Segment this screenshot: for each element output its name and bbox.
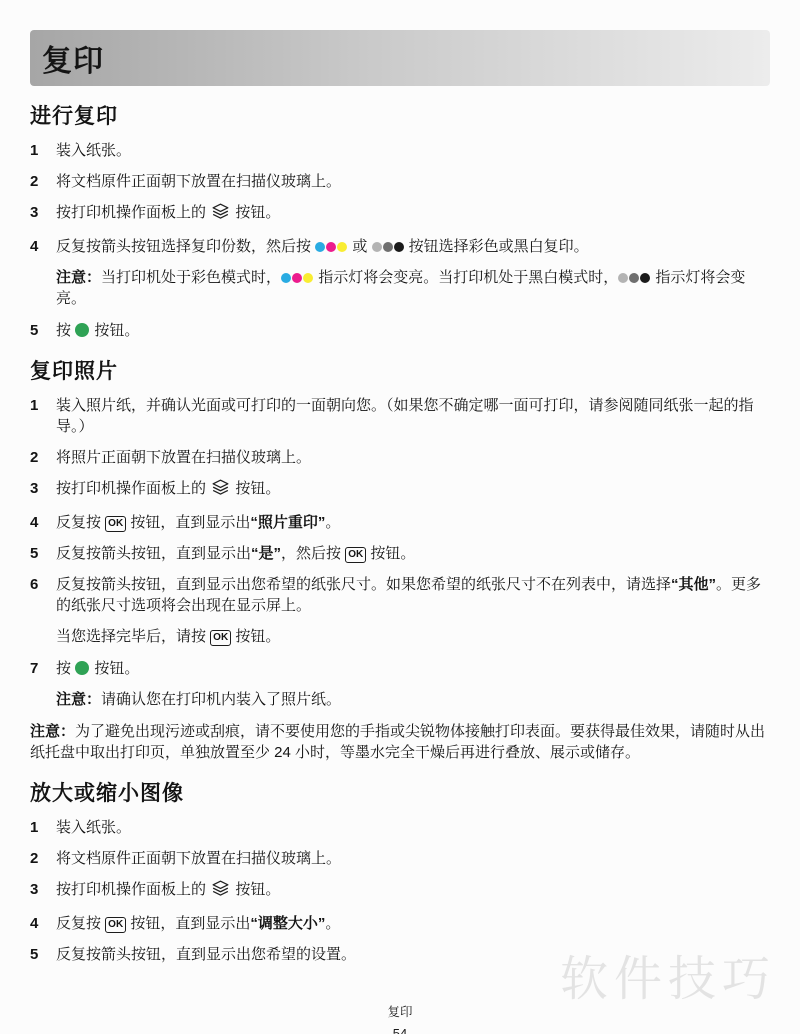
step-item: 7按 按钮。 bbox=[30, 658, 770, 679]
dot-icon bbox=[640, 273, 650, 283]
step-item: 1装入纸张。 bbox=[30, 140, 770, 161]
bold-text-run: 注意： bbox=[56, 691, 101, 708]
step-number: 6 bbox=[30, 574, 56, 616]
bold-text-run: “是” bbox=[251, 545, 281, 562]
step-number: 2 bbox=[30, 171, 56, 192]
dot-icon bbox=[383, 242, 393, 252]
step-text: 反复按箭头按钮，直到显示出您希望的纸张尺寸。如果您希望的纸张尺寸不在列表中，请选… bbox=[56, 574, 770, 616]
color-copy-dots-icon bbox=[315, 238, 348, 255]
step-number: 2 bbox=[30, 848, 56, 869]
step-text: 按 按钮。 bbox=[56, 320, 770, 341]
watermark-text: 软件技巧 bbox=[560, 940, 776, 1009]
step-text: 按打印机操作面板上的 按钮。 bbox=[56, 478, 770, 502]
bw-copy-dots-icon bbox=[618, 269, 651, 286]
color-copy-dots-icon bbox=[281, 269, 314, 286]
step-number: 3 bbox=[30, 202, 56, 226]
text-run: 当打印机处于彩色模式时， bbox=[101, 269, 281, 286]
text-run: 按钮。 bbox=[90, 322, 139, 339]
step-text: 装入纸张。 bbox=[56, 140, 770, 161]
step-number: 4 bbox=[30, 913, 56, 934]
start-button-icon bbox=[75, 322, 90, 339]
text-run: 反复按箭头按钮，直到显示出您希望的设置。 bbox=[56, 946, 356, 963]
text-run: 将文档原件正面朝下放置在扫描仪玻璃上。 bbox=[56, 850, 341, 867]
text-run: 将文档原件正面朝下放置在扫描仪玻璃上。 bbox=[56, 173, 341, 190]
step-item: 5反复按箭头按钮，直到显示出“是”，然后按 OK 按钮。 bbox=[30, 543, 770, 564]
copy-mode-icon bbox=[211, 203, 230, 226]
step-text: 反复按 OK 按钮，直到显示出“照片重印”。 bbox=[56, 512, 770, 533]
step-text: 反复按箭头按钮，直到显示出“是”，然后按 OK 按钮。 bbox=[56, 543, 770, 564]
dot-icon bbox=[618, 273, 628, 283]
text-run: 按钮，直到显示出 bbox=[126, 514, 250, 531]
step-number: 5 bbox=[30, 543, 56, 564]
bold-text-run: 注意： bbox=[56, 269, 101, 286]
text-run: 按钮。 bbox=[231, 480, 280, 497]
step-text: 装入照片纸，并确认光面或可打印的一面朝向您。（如果您不确定哪一面可打印，请参阅随… bbox=[56, 395, 770, 437]
ok-button-icon: OK bbox=[105, 917, 126, 933]
green-dot-icon bbox=[75, 323, 89, 337]
step-number: 5 bbox=[30, 944, 56, 965]
text-run: 按钮。 bbox=[231, 628, 280, 645]
text-run: 。 bbox=[325, 915, 340, 932]
text-run: 将照片正面朝下放置在扫描仪玻璃上。 bbox=[56, 449, 311, 466]
text-run: 反复按箭头按钮，直到显示出 bbox=[56, 545, 251, 562]
step-item: 1装入照片纸，并确认光面或可打印的一面朝向您。（如果您不确定哪一面可打印，请参阅… bbox=[30, 395, 770, 437]
text-run: 反复按箭头按钮，直到显示出您希望的纸张尺寸。如果您希望的纸张尺寸不在列表中，请选… bbox=[56, 576, 671, 593]
ok-button-icon: OK bbox=[345, 547, 366, 563]
dot-icon bbox=[281, 273, 291, 283]
dot-icon bbox=[372, 242, 382, 252]
text-run: 按钮。 bbox=[231, 881, 280, 898]
step-number: 1 bbox=[30, 140, 56, 161]
ok-button-icon: OK bbox=[105, 516, 126, 532]
text-run: 按钮，直到显示出 bbox=[126, 915, 250, 932]
bold-text-run: 注意： bbox=[30, 723, 75, 740]
step-item: 3按打印机操作面板上的 按钮。 bbox=[30, 478, 770, 502]
step-number: 5 bbox=[30, 320, 56, 341]
text-run: 按钮。 bbox=[366, 545, 415, 562]
step-number: 2 bbox=[30, 447, 56, 468]
bold-text-run: “调整大小” bbox=[250, 915, 325, 932]
text-run: 请确认您在打印机内装入了照片纸。 bbox=[101, 691, 341, 708]
step-text: 按 按钮。 bbox=[56, 658, 770, 679]
step-item: 4反复按 OK 按钮，直到显示出“调整大小”。 bbox=[30, 913, 770, 934]
step-item: 4反复按 OK 按钮，直到显示出“照片重印”。 bbox=[30, 512, 770, 533]
text-run: 按钮。 bbox=[90, 660, 139, 677]
footer-chapter-label: 复印 bbox=[0, 1002, 800, 1020]
text-run: ，然后按 bbox=[281, 545, 345, 562]
step-item: 5按 按钮。 bbox=[30, 320, 770, 341]
step-paragraph: 当您选择完毕后，请按 OK 按钮。 bbox=[56, 626, 770, 647]
text-run: 反复按箭头按钮选择复印份数，然后按 bbox=[56, 238, 315, 255]
page-content: 进行复印1装入纸张。2将文档原件正面朝下放置在扫描仪玻璃上。3按打印机操作面板上… bbox=[30, 100, 770, 965]
text-run: 为了避免出现污迹或刮痕，请不要使用您的手指或尖锐物体接触打印表面。要获得最佳效果… bbox=[30, 723, 765, 761]
text-run: 按 bbox=[56, 322, 75, 339]
step-item: 2将照片正面朝下放置在扫描仪玻璃上。 bbox=[30, 447, 770, 468]
step-text: 将文档原件正面朝下放置在扫描仪玻璃上。 bbox=[56, 848, 770, 869]
step-item: 6反复按箭头按钮，直到显示出您希望的纸张尺寸。如果您希望的纸张尺寸不在列表中，请… bbox=[30, 574, 770, 616]
step-text: 按打印机操作面板上的 按钮。 bbox=[56, 879, 770, 903]
manual-page: 复印 进行复印1装入纸张。2将文档原件正面朝下放置在扫描仪玻璃上。3按打印机操作… bbox=[0, 0, 800, 965]
copy-mode-icon bbox=[211, 880, 230, 903]
start-button-icon bbox=[75, 660, 90, 677]
bold-text-run: “照片重印” bbox=[250, 514, 325, 531]
text-run: 。 bbox=[325, 514, 340, 531]
step-number: 4 bbox=[30, 512, 56, 533]
step-text: 将文档原件正面朝下放置在扫描仪玻璃上。 bbox=[56, 171, 770, 192]
ok-button-icon: OK bbox=[210, 630, 231, 646]
step-number: 7 bbox=[30, 658, 56, 679]
step-item: 1装入纸张。 bbox=[30, 817, 770, 838]
chapter-title: 复印 bbox=[42, 36, 104, 80]
text-run: 按打印机操作面板上的 bbox=[56, 881, 210, 898]
text-run: 或 bbox=[348, 238, 371, 255]
step-item: 3按打印机操作面板上的 按钮。 bbox=[30, 202, 770, 226]
dot-icon bbox=[629, 273, 639, 283]
step-text: 反复按箭头按钮选择复印份数，然后按 或 按钮选择彩色或黑白复印。 bbox=[56, 236, 770, 257]
text-run: 按打印机操作面板上的 bbox=[56, 204, 210, 221]
text-run: 按 bbox=[56, 660, 75, 677]
chapter-header-bar: 复印 bbox=[30, 30, 770, 86]
text-run: 装入照片纸，并确认光面或可打印的一面朝向您。（如果您不确定哪一面可打印，请参阅随… bbox=[56, 397, 754, 435]
step-text: 将照片正面朝下放置在扫描仪玻璃上。 bbox=[56, 447, 770, 468]
step-number: 1 bbox=[30, 817, 56, 838]
text-run: 反复按 bbox=[56, 514, 105, 531]
bold-text-run: “其他” bbox=[671, 576, 716, 593]
step-note: 注意：当打印机处于彩色模式时， 指示灯将会变亮。当打印机处于黑白模式时， 指示灯… bbox=[56, 267, 770, 309]
step-note: 注意：请确认您在打印机内装入了照片纸。 bbox=[56, 689, 770, 710]
bw-copy-dots-icon bbox=[372, 238, 405, 255]
step-item: 2将文档原件正面朝下放置在扫描仪玻璃上。 bbox=[30, 848, 770, 869]
dot-icon bbox=[326, 242, 336, 252]
dot-icon bbox=[394, 242, 404, 252]
section-title-copy-photos: 复印照片 bbox=[30, 355, 770, 385]
text-run: 反复按 bbox=[56, 915, 105, 932]
dot-icon bbox=[292, 273, 302, 283]
step-text: 按打印机操作面板上的 按钮。 bbox=[56, 202, 770, 226]
text-run: 按钮。 bbox=[231, 204, 280, 221]
green-dot-icon bbox=[75, 661, 89, 675]
dot-icon bbox=[337, 242, 347, 252]
step-number: 3 bbox=[30, 879, 56, 903]
text-run: 装入纸张。 bbox=[56, 142, 131, 159]
section-title-make-a-copy: 进行复印 bbox=[30, 100, 770, 130]
text-run: 装入纸张。 bbox=[56, 819, 131, 836]
page-note: 注意：为了避免出现污迹或刮痕，请不要使用您的手指或尖锐物体接触打印表面。要获得最… bbox=[30, 721, 770, 763]
step-text: 反复按 OK 按钮，直到显示出“调整大小”。 bbox=[56, 913, 770, 934]
dot-icon bbox=[303, 273, 313, 283]
step-number: 3 bbox=[30, 478, 56, 502]
step-number: 1 bbox=[30, 395, 56, 437]
text-run: 按打印机操作面板上的 bbox=[56, 480, 210, 497]
copy-mode-icon bbox=[211, 479, 230, 502]
page-number: 54 bbox=[0, 1026, 800, 1034]
step-item: 3按打印机操作面板上的 按钮。 bbox=[30, 879, 770, 903]
step-item: 2将文档原件正面朝下放置在扫描仪玻璃上。 bbox=[30, 171, 770, 192]
step-text: 装入纸张。 bbox=[56, 817, 770, 838]
text-run: 指示灯将会变亮。当打印机处于黑白模式时， bbox=[314, 269, 618, 286]
dot-icon bbox=[315, 242, 325, 252]
step-number: 4 bbox=[30, 236, 56, 257]
text-run: 当您选择完毕后，请按 bbox=[56, 628, 210, 645]
section-title-enlarge-reduce: 放大或缩小图像 bbox=[30, 777, 770, 807]
text-run: 按钮选择彩色或黑白复印。 bbox=[405, 238, 589, 255]
step-item: 4反复按箭头按钮选择复印份数，然后按 或 按钮选择彩色或黑白复印。 bbox=[30, 236, 770, 257]
